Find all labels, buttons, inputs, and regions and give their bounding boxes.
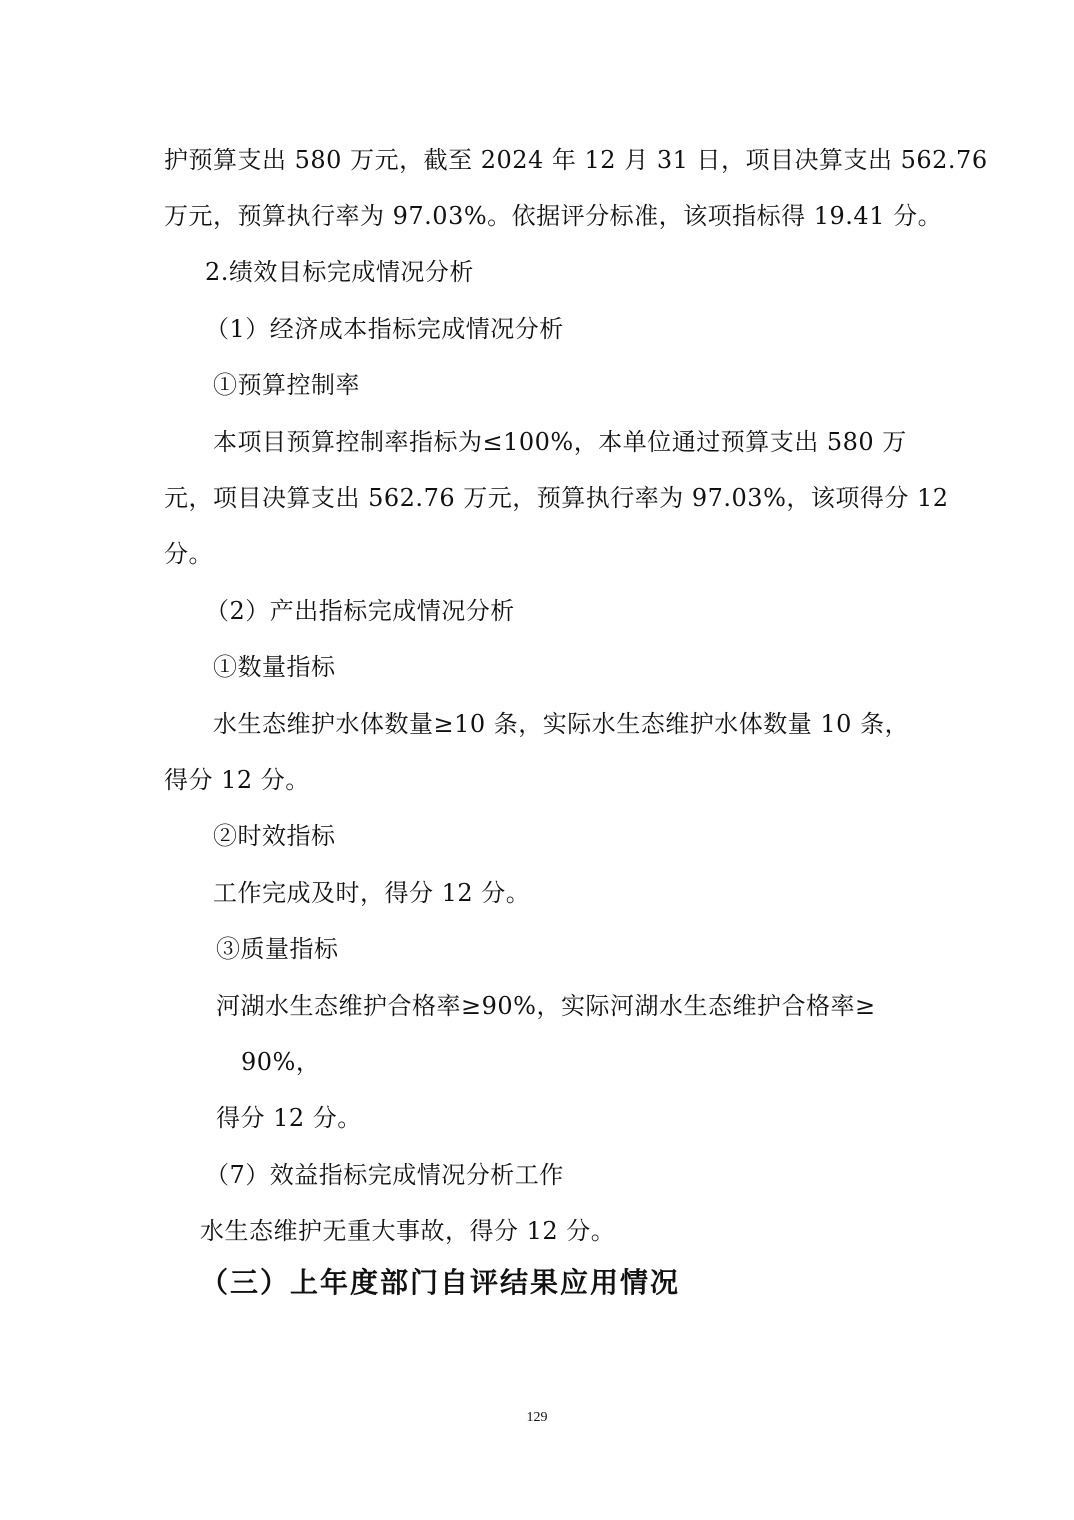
subsection-title: （1）经济成本指标完成情况分析 <box>205 314 564 344</box>
paragraph-line: 得分 12 分。 <box>216 1103 362 1133</box>
item-title: ①预算控制率 <box>213 370 360 400</box>
paragraph-line: 万元，预算执行率为 97.03%。依据评分标准，该项指标得 19.41 分。 <box>164 201 942 231</box>
paragraph-line: 得分 12 分。 <box>164 765 310 795</box>
paragraph-line: 90%， <box>241 1047 320 1077</box>
paragraph-line: 护预算支出 580 万元，截至 2024 年 12 月 31 日，项目决算支出 … <box>164 145 988 175</box>
paragraph-line: 元，项目决算支出 562.76 万元，预算执行率为 97.03%，该项得分 12 <box>164 483 949 513</box>
item-title: ②时效指标 <box>213 821 336 851</box>
paragraph-line: 本项目预算控制率指标为≤100%，本单位通过预算支出 580 万 <box>213 427 907 457</box>
paragraph-line: 水生态维护无重大事故，得分 12 分。 <box>200 1216 615 1246</box>
paragraph-line: 分。 <box>164 539 213 569</box>
paragraph-line: 工作完成及时，得分 12 分。 <box>213 878 530 908</box>
item-title: ③质量指标 <box>216 934 339 964</box>
paragraph-line: 河湖水生态维护合格率≥90%，实际河湖水生态维护合格率≥ <box>216 991 876 1021</box>
section-subtitle: 2.绩效目标完成情况分析 <box>205 257 474 287</box>
subsection-title: （2）产出指标完成情况分析 <box>205 596 515 626</box>
page-number: 129 <box>0 1410 1074 1426</box>
section-heading: （三）上年度部门自评结果应用情况 <box>200 1268 680 1298</box>
subsection-title: （7）效益指标完成情况分析工作 <box>205 1160 564 1190</box>
paragraph-line: 水生态维护水体数量≥10 条，实际水生态维护水体数量 10 条， <box>213 709 909 739</box>
item-title: ①数量指标 <box>213 652 336 682</box>
